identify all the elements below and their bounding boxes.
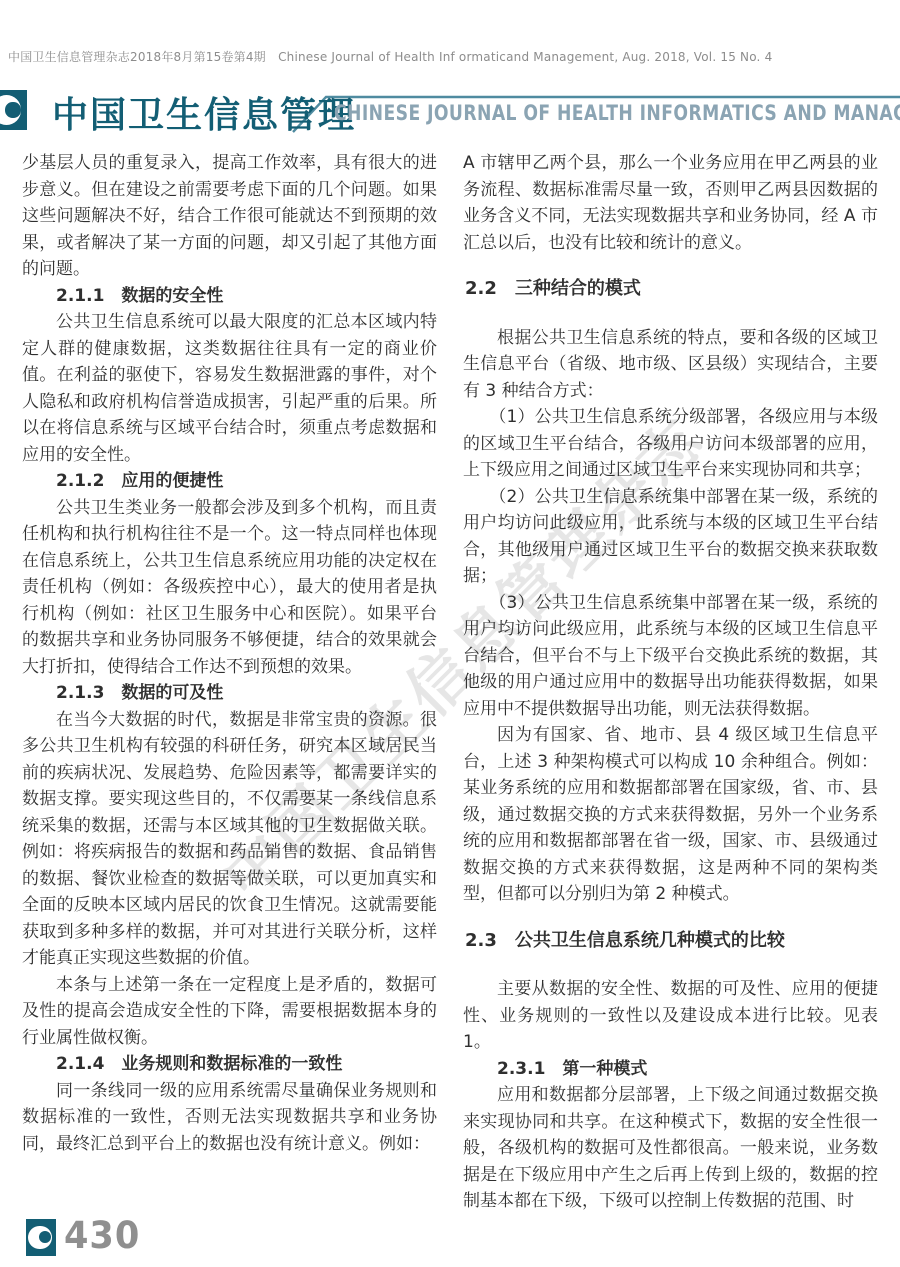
- paragraph: A 市辖甲乙两个县，那么一个业务应用在甲乙两县的业务流程、数据标准需尽量一致，否…: [463, 150, 878, 256]
- journal-title-chinese: 中国卫生信息管理: [52, 87, 356, 138]
- section-heading: 2.1.4 业务规则和数据标准的一致性: [22, 1051, 437, 1078]
- article-body: 少基层人员的重复录入，提高工作效率，具有很大的进步意义。但在建设之前需要考虑下面…: [22, 150, 878, 1215]
- logo-dot-icon: [39, 1231, 51, 1243]
- paragraph: 同一条线同一级的应用系统需尽量确保业务规则和数据标准的一致性，否则无法实现数据共…: [22, 1078, 437, 1158]
- section-heading: 2.3.1 第一种模式: [463, 1056, 878, 1083]
- page-number: 430: [64, 1214, 140, 1257]
- journal-logo-icon-small: [26, 1219, 56, 1256]
- paragraph: 本条与上述第一条在一定程度上是矛盾的，数据可及性的提高会造成安全性的下降，需要根…: [22, 972, 437, 1052]
- section-heading: 2.1.1 数据的安全性: [22, 283, 437, 310]
- journal-title-english: CHINESE JOURNAL OF HEALTH INFORMATICS AN…: [334, 101, 900, 125]
- paragraph: 主要从数据的安全性、数据的可及性、应用的便捷性、业务规则的一致性以及建设成本进行…: [463, 976, 878, 1056]
- logo-dot-icon: [5, 102, 20, 117]
- paragraph: 公共卫生信息系统可以最大限度的汇总本区域内特定人群的健康数据，这类数据往往具有一…: [22, 309, 437, 468]
- running-head: 中国卫生信息管理杂志2018年8月第15卷第4期 Chinese Journal…: [8, 48, 888, 65]
- left-column: 少基层人员的重复录入，提高工作效率，具有很大的进步意义。但在建设之前需要考虑下面…: [22, 150, 437, 1215]
- journal-logo-icon: [0, 90, 27, 130]
- paragraph: 应用和数据都分层部署，上下级之间通过数据交换来实现协同和共享。在这种模式下，数据…: [463, 1082, 878, 1215]
- paragraph: （3）公共卫生信息系统集中部署在某一级，系统的用户均访问此级应用，此系统与本级的…: [463, 590, 878, 723]
- paragraph: 根据公共卫生信息系统的特点，要和各级的区域卫生信息平台（省级、地市级、区县级）实…: [463, 325, 878, 405]
- section-heading: 2.2 三种结合的模式: [463, 276, 878, 303]
- right-column: A 市辖甲乙两个县，那么一个业务应用在甲乙两县的业务流程、数据标准需尽量一致，否…: [463, 150, 878, 1215]
- paragraph: （2）公共卫生信息系统集中部署在某一级，系统的用户均访问此级应用，此系统与本级的…: [463, 484, 878, 590]
- journal-page: 中国卫生信息管理杂志2018年8月第15卷第4期 Chinese Journal…: [0, 0, 900, 1267]
- masthead: 中国卫生信息管理 CHINESE JOURNAL OF HEALTH INFOR…: [0, 85, 900, 140]
- section-heading: 2.1.2 应用的便捷性: [22, 468, 437, 495]
- paragraph: 因为有国家、省、地市、县 4 级区域卫生信息平台，上述 3 种架构模式可以构成 …: [463, 722, 878, 908]
- section-heading: 2.1.3 数据的可及性: [22, 680, 437, 707]
- paragraph: 少基层人员的重复录入，提高工作效率，具有很大的进步意义。但在建设之前需要考虑下面…: [22, 150, 437, 283]
- paragraph: 公共卫生类业务一般都会涉及到多个机构，而且责任机构和执行机构往往不是一个。这一特…: [22, 495, 437, 681]
- section-heading: 2.3 公共卫生信息系统几种模式的比较: [463, 928, 878, 955]
- paragraph: 在当今大数据的时代，数据是非常宝贵的资源。很多公共卫生机构有较强的科研任务，研究…: [22, 707, 437, 972]
- paragraph: （1）公共卫生信息系统分级部署，各级应用与本级的区域卫生平台结合，各级用户访问本…: [463, 404, 878, 484]
